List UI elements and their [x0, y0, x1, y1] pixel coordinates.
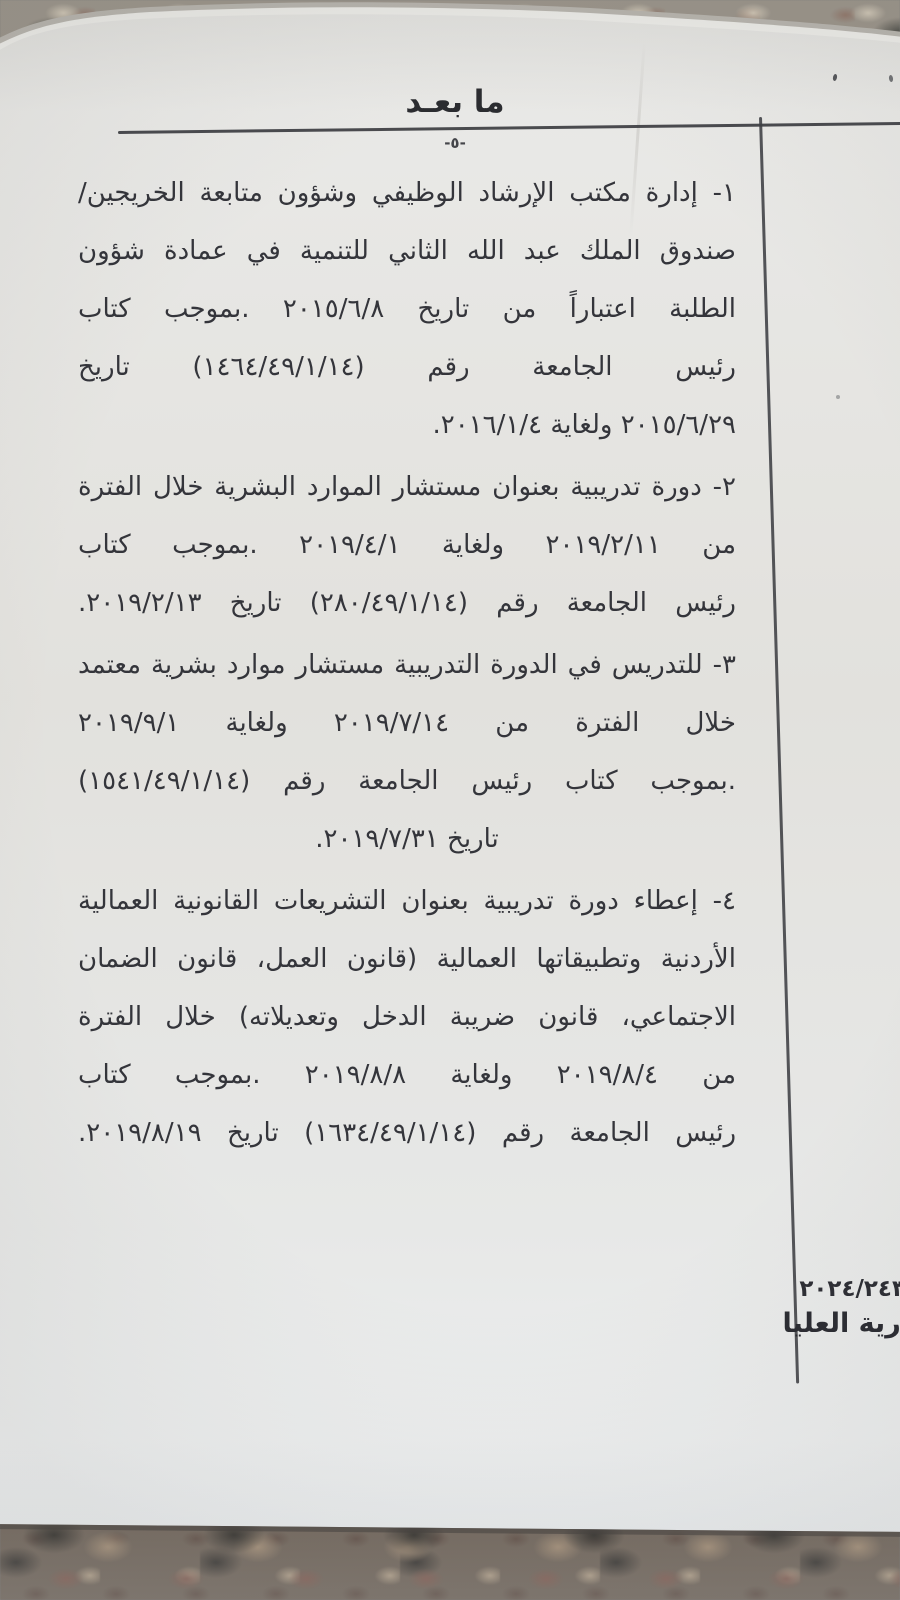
court-stamp-fragment: ارية العليا	[782, 1308, 900, 1339]
document-body: ١- إدارة مكتب الإرشاد الوظيفي وشؤون متاب…	[78, 164, 736, 1162]
text-line: خلال الفترة من ٢٠١٩/٧/١٤ ولغاية ٢٠١٩/٩/١	[78, 694, 736, 752]
text-line: من ٢٠١٩/٨/٤ ولغاية ٢٠١٩/٨/٨ .بموجب كتاب	[78, 1046, 736, 1104]
text-line: ٢٠١٥/٦/٢٩ ولغاية ٢٠١٦/١/٤.	[78, 396, 736, 454]
list-item-2: ٢- دورة تدريبية بعنوان مستشار الموارد ال…	[78, 458, 736, 632]
reference-number-stamp: ٢٠٢٤/٢٤٣	[799, 1276, 900, 1302]
text-line: رئيس الجامعة رقم (١٦٣٤/٤٩/١/١٤) تاريخ ٢٠…	[78, 1104, 736, 1162]
list-item-3: ٣- للتدريس في الدورة التدريبية مستشار مو…	[78, 636, 736, 868]
page-title: ما بعـد	[330, 84, 580, 120]
text-line: ٤- إعطاء دورة تدريبية بعنوان التشريعات ا…	[78, 872, 736, 930]
list-item-1: ١- إدارة مكتب الإرشاد الوظيفي وشؤون متاب…	[78, 164, 736, 454]
document-photo: ما بعـد -٥- ١- إدارة مكتب الإرشاد الوظيف…	[0, 0, 900, 1600]
page-number: -٥-	[330, 134, 580, 152]
text-line: الأردنية وتطبيقاتها العمالية (قانون العم…	[78, 930, 736, 988]
text-line: من ٢٠١٩/٢/١١ ولغاية ٢٠١٩/٤/١ .بموجب كتاب	[78, 516, 736, 574]
text-line: رئيس الجامعة رقم (٢٨٠/٤٩/١/١٤) تاريخ ٢٠١…	[78, 574, 736, 632]
text-line: ٢- دورة تدريبية بعنوان مستشار الموارد ال…	[78, 458, 736, 516]
list-item-4: ٤- إعطاء دورة تدريبية بعنوان التشريعات ا…	[78, 872, 736, 1162]
text-line: الاجتماعي، قانون ضريبة الدخل وتعديلاته) …	[78, 988, 736, 1046]
text-line: ١- إدارة مكتب الإرشاد الوظيفي وشؤون متاب…	[78, 164, 736, 222]
text-line: صندوق الملك عبد الله الثاني للتنمية في ع…	[78, 222, 736, 280]
text-line: الطلبة اعتباراً من تاريخ ٢٠١٥/٦/٨ .بموجب…	[78, 280, 736, 338]
text-line: .بموجب كتاب رئيس الجامعة رقم (١٥٤١/٤٩/١/…	[78, 752, 736, 810]
text-line: رئيس الجامعة رقم (١٤٦٤/٤٩/١/١٤) تاريخ	[78, 338, 736, 396]
text-line: ٣- للتدريس في الدورة التدريبية مستشار مو…	[78, 636, 736, 694]
text-line: تاريخ ٢٠١٩/٧/٣١.	[78, 810, 736, 868]
ink-speck	[836, 395, 840, 399]
